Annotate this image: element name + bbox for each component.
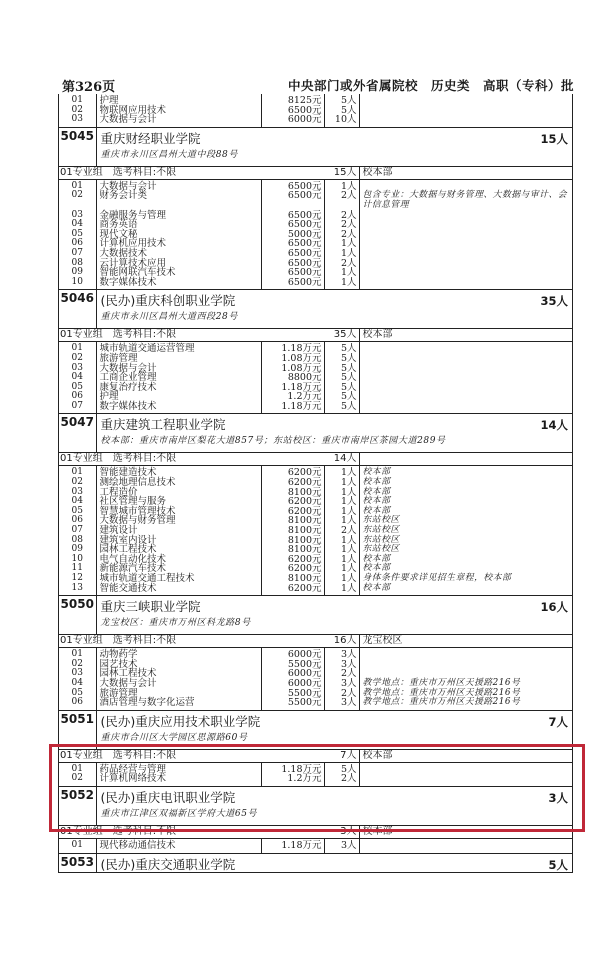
major-note: 校本部 bbox=[359, 488, 572, 498]
admissions-table-body: 01护理8125元5人02物联网应用技术6500元5人03大数据与会计6000元… bbox=[59, 94, 572, 873]
major-note bbox=[359, 211, 572, 221]
major-name: 数字媒体技术 bbox=[96, 278, 261, 290]
major-code: 03 bbox=[59, 115, 96, 127]
group-label: 01专业组 选考科目:不限 bbox=[59, 635, 324, 648]
school-quota: 15人 bbox=[540, 131, 568, 147]
major-count: 1人 bbox=[324, 278, 359, 290]
school-quota: 7人 bbox=[548, 714, 568, 730]
school-info: (民办)重庆科创职业学院35人重庆市永川区昌州大道西段28号 bbox=[96, 290, 572, 329]
school-name: (民办)重庆交通职业学院 bbox=[101, 857, 236, 873]
major-note bbox=[359, 392, 572, 402]
major-group-row: 01专业组 选考科目:不限35人校本部 bbox=[59, 329, 572, 342]
school-quota: 16人 bbox=[540, 599, 568, 615]
major-note bbox=[359, 278, 572, 290]
page-header: 第326页 中央部门或外省属院校 历史类 高职（专科）批 bbox=[62, 76, 574, 94]
major-code: 07 bbox=[59, 402, 96, 414]
school-name: 重庆三峡职业学院 bbox=[101, 599, 201, 615]
page-title: 中央部门或外省属院校 历史类 高职（专科）批 bbox=[288, 76, 574, 94]
major-fee: 6500元 bbox=[261, 191, 324, 210]
school-name: 重庆建筑工程职业学院 bbox=[101, 417, 226, 433]
group-note: 龙宝校区 bbox=[359, 635, 572, 648]
major-count: 1人 bbox=[324, 584, 359, 596]
major-fee: 6200元 bbox=[261, 584, 324, 596]
school-code: 5046 bbox=[59, 290, 96, 329]
major-count: 3人 bbox=[324, 648, 359, 660]
school-info: (民办)重庆交通职业学院5人 bbox=[96, 853, 572, 872]
school-header-row: 5046(民办)重庆科创职业学院35人重庆市永川区昌州大道西段28号 bbox=[59, 290, 572, 329]
group-note: 校本部 bbox=[359, 329, 572, 342]
major-name: 动物药学 bbox=[96, 648, 261, 660]
major-group-row: 01专业组 选考科目:不限16人龙宝校区 bbox=[59, 635, 572, 648]
table-row: 02财务会计类6500元2人包含专业：大数据与财务管理、大数据与审计、会计信息管… bbox=[59, 191, 572, 210]
school-code: 5052 bbox=[59, 786, 96, 825]
major-note bbox=[359, 268, 572, 278]
major-fee: 1.18万元 bbox=[261, 838, 324, 853]
table-row: 01动物药学6000元3人 bbox=[59, 648, 572, 660]
school-address: 校本部：重庆市南岸区梨花大道857号；东站校区：重庆市南岸区茶园大道289号 bbox=[101, 436, 446, 447]
school-header-row: 5045重庆财经职业学院15人重庆市永川区昌州大道中段88号 bbox=[59, 127, 572, 166]
major-note bbox=[359, 774, 572, 786]
major-group-row: 01专业组 选考科目:不限7人校本部 bbox=[59, 749, 572, 762]
page-number: 第326页 bbox=[62, 76, 115, 95]
group-label: 01专业组 选考科目:不限 bbox=[59, 166, 324, 179]
major-note: 校本部 bbox=[359, 497, 572, 507]
table-row: 01护理8125元5人 bbox=[59, 94, 572, 106]
major-note: 教学地点：重庆市万州区天援路216号 bbox=[359, 698, 572, 710]
group-note: 校本部 bbox=[359, 825, 572, 838]
school-code: 5045 bbox=[59, 127, 96, 166]
group-label: 01专业组 选考科目:不限 bbox=[59, 749, 324, 762]
school-quota: 35人 bbox=[540, 293, 568, 309]
major-note bbox=[359, 373, 572, 383]
school-name: (民办)重庆科创职业学院 bbox=[101, 293, 236, 309]
school-code: 5047 bbox=[59, 414, 96, 453]
major-count: 10人 bbox=[324, 115, 359, 127]
group-note: 校本部 bbox=[359, 749, 572, 762]
school-address: 重庆市合川区大学园区思源路60号 bbox=[101, 733, 248, 744]
major-note bbox=[359, 838, 572, 853]
major-code: 13 bbox=[59, 584, 96, 596]
school-code: 5050 bbox=[59, 596, 96, 635]
school-info: 重庆建筑工程职业学院14人校本部：重庆市南岸区梨花大道857号；东站校区：重庆市… bbox=[96, 414, 572, 453]
school-quota: 14人 bbox=[540, 417, 568, 433]
school-header-row: 5051(民办)重庆应用技术职业学院7人重庆市合川区大学园区思源路60号 bbox=[59, 710, 572, 749]
major-code: 02 bbox=[59, 191, 96, 210]
group-note: 校本部 bbox=[359, 166, 572, 179]
major-name: 护理 bbox=[96, 94, 261, 106]
group-count: 35人 bbox=[324, 329, 359, 342]
school-name: (民办)重庆电讯职业学院 bbox=[101, 790, 236, 806]
school-address: 重庆市江津区双福新区学府大道65号 bbox=[101, 809, 258, 820]
major-count: 2人 bbox=[324, 774, 359, 786]
school-info: (民办)重庆电讯职业学院3人重庆市江津区双福新区学府大道65号 bbox=[96, 786, 572, 825]
major-note bbox=[359, 660, 572, 670]
table-row: 06酒店管理与数字化运营5500元3人教学地点：重庆市万州区天援路216号 bbox=[59, 698, 572, 710]
major-name: 数字媒体技术 bbox=[96, 402, 261, 414]
major-note bbox=[359, 342, 572, 354]
group-label: 01专业组 选考科目:不限 bbox=[59, 329, 324, 342]
group-count: 3人 bbox=[324, 825, 359, 838]
major-note bbox=[359, 762, 572, 774]
school-header-row: 5053(民办)重庆交通职业学院5人 bbox=[59, 853, 572, 872]
major-name: 财务会计类 bbox=[96, 191, 261, 210]
major-note bbox=[359, 94, 572, 106]
major-fee: 5500元 bbox=[261, 698, 324, 710]
admissions-table: 01护理8125元5人02物联网应用技术6500元5人03大数据与会计6000元… bbox=[58, 94, 573, 873]
major-note bbox=[359, 364, 572, 374]
major-code: 01 bbox=[59, 648, 96, 660]
major-note: 校本部 bbox=[359, 584, 572, 596]
table-row: 13智能交通技术6200元1人校本部 bbox=[59, 584, 572, 596]
major-fee: 6000元 bbox=[261, 648, 324, 660]
major-group-row: 01专业组 选考科目:不限3人校本部 bbox=[59, 825, 572, 838]
major-code: 06 bbox=[59, 698, 96, 710]
major-note: 东站校区 bbox=[359, 545, 572, 555]
group-count: 7人 bbox=[324, 749, 359, 762]
major-note bbox=[359, 230, 572, 240]
major-fee: 6000元 bbox=[261, 115, 324, 127]
major-code: 01 bbox=[59, 838, 96, 853]
school-header-row: 5050重庆三峡职业学院16人龙宝校区：重庆市万州区科龙路8号 bbox=[59, 596, 572, 635]
school-info: (民办)重庆应用技术职业学院7人重庆市合川区大学园区思源路60号 bbox=[96, 710, 572, 749]
major-note: 校本部 bbox=[359, 466, 572, 478]
school-name: 重庆财经职业学院 bbox=[101, 131, 201, 147]
major-note bbox=[359, 220, 572, 230]
school-header-row: 5052(民办)重庆电讯职业学院3人重庆市江津区双福新区学府大道65号 bbox=[59, 786, 572, 825]
major-count: 3人 bbox=[324, 698, 359, 710]
major-note: 校本部 bbox=[359, 478, 572, 488]
major-count: 2人 bbox=[324, 191, 359, 210]
school-address: 龙宝校区：重庆市万州区科龙路8号 bbox=[101, 618, 251, 629]
school-code: 5051 bbox=[59, 710, 96, 749]
major-code: 02 bbox=[59, 774, 96, 786]
table-row: 01现代移动通信技术1.18万元3人 bbox=[59, 838, 572, 853]
major-code: 01 bbox=[59, 94, 96, 106]
major-name: 康复治疗技术 bbox=[96, 383, 261, 393]
major-name: 现代移动通信技术 bbox=[96, 838, 261, 853]
major-note bbox=[359, 402, 572, 414]
major-name: 智能交通技术 bbox=[96, 584, 261, 596]
group-count: 15人 bbox=[324, 166, 359, 179]
school-quota: 3人 bbox=[548, 790, 568, 806]
major-note bbox=[359, 648, 572, 660]
school-code: 5053 bbox=[59, 853, 96, 872]
school-name: (民办)重庆应用技术职业学院 bbox=[101, 714, 261, 730]
group-label: 01专业组 选考科目:不限 bbox=[59, 453, 324, 466]
major-group-row: 01专业组 选考科目:不限15人校本部 bbox=[59, 166, 572, 179]
major-code: 10 bbox=[59, 278, 96, 290]
major-fee: 1.18万元 bbox=[261, 402, 324, 414]
school-quota: 5人 bbox=[548, 857, 568, 873]
major-count: 5人 bbox=[324, 94, 359, 106]
major-count: 5人 bbox=[324, 402, 359, 414]
major-name: 酒店管理与数字化运营 bbox=[96, 698, 261, 710]
major-note bbox=[359, 383, 572, 393]
group-note bbox=[359, 453, 572, 466]
major-note bbox=[359, 106, 572, 116]
table-row: 10数字媒体技术6500元1人 bbox=[59, 278, 572, 290]
group-label: 01专业组 选考科目:不限 bbox=[59, 825, 324, 838]
school-info: 重庆财经职业学院15人重庆市永川区昌州大道中段88号 bbox=[96, 127, 572, 166]
major-fee: 6500元 bbox=[261, 278, 324, 290]
major-note bbox=[359, 354, 572, 364]
school-address: 重庆市永川区昌州大道中段88号 bbox=[101, 150, 238, 161]
school-address: 重庆市永川区昌州大道西段28号 bbox=[101, 312, 238, 323]
group-count: 14人 bbox=[324, 453, 359, 466]
table-row: 07数字媒体技术1.18万元5人 bbox=[59, 402, 572, 414]
major-count: 3人 bbox=[324, 838, 359, 853]
major-note: 身体条件要求详见招生章程，校本部 bbox=[359, 574, 572, 584]
major-note bbox=[359, 115, 572, 127]
group-count: 16人 bbox=[324, 635, 359, 648]
table-row: 02计算机网络技术1.2万元2人 bbox=[59, 774, 572, 786]
major-name: 大数据与会计 bbox=[96, 115, 261, 127]
major-group-row: 01专业组 选考科目:不限14人 bbox=[59, 453, 572, 466]
major-note bbox=[359, 239, 572, 249]
major-note bbox=[359, 249, 572, 259]
major-note: 校本部 bbox=[359, 555, 572, 565]
major-fee: 8125元 bbox=[261, 94, 324, 106]
major-name: 计算机网络技术 bbox=[96, 774, 261, 786]
major-fee: 1.2万元 bbox=[261, 774, 324, 786]
table-row: 03大数据与会计6000元10人 bbox=[59, 115, 572, 127]
major-note bbox=[359, 259, 572, 269]
school-info: 重庆三峡职业学院16人龙宝校区：重庆市万州区科龙路8号 bbox=[96, 596, 572, 635]
major-note: 包含专业：大数据与财务管理、大数据与审计、会计信息管理 bbox=[359, 191, 572, 210]
school-header-row: 5047重庆建筑工程职业学院14人校本部：重庆市南岸区梨花大道857号；东站校区… bbox=[59, 414, 572, 453]
